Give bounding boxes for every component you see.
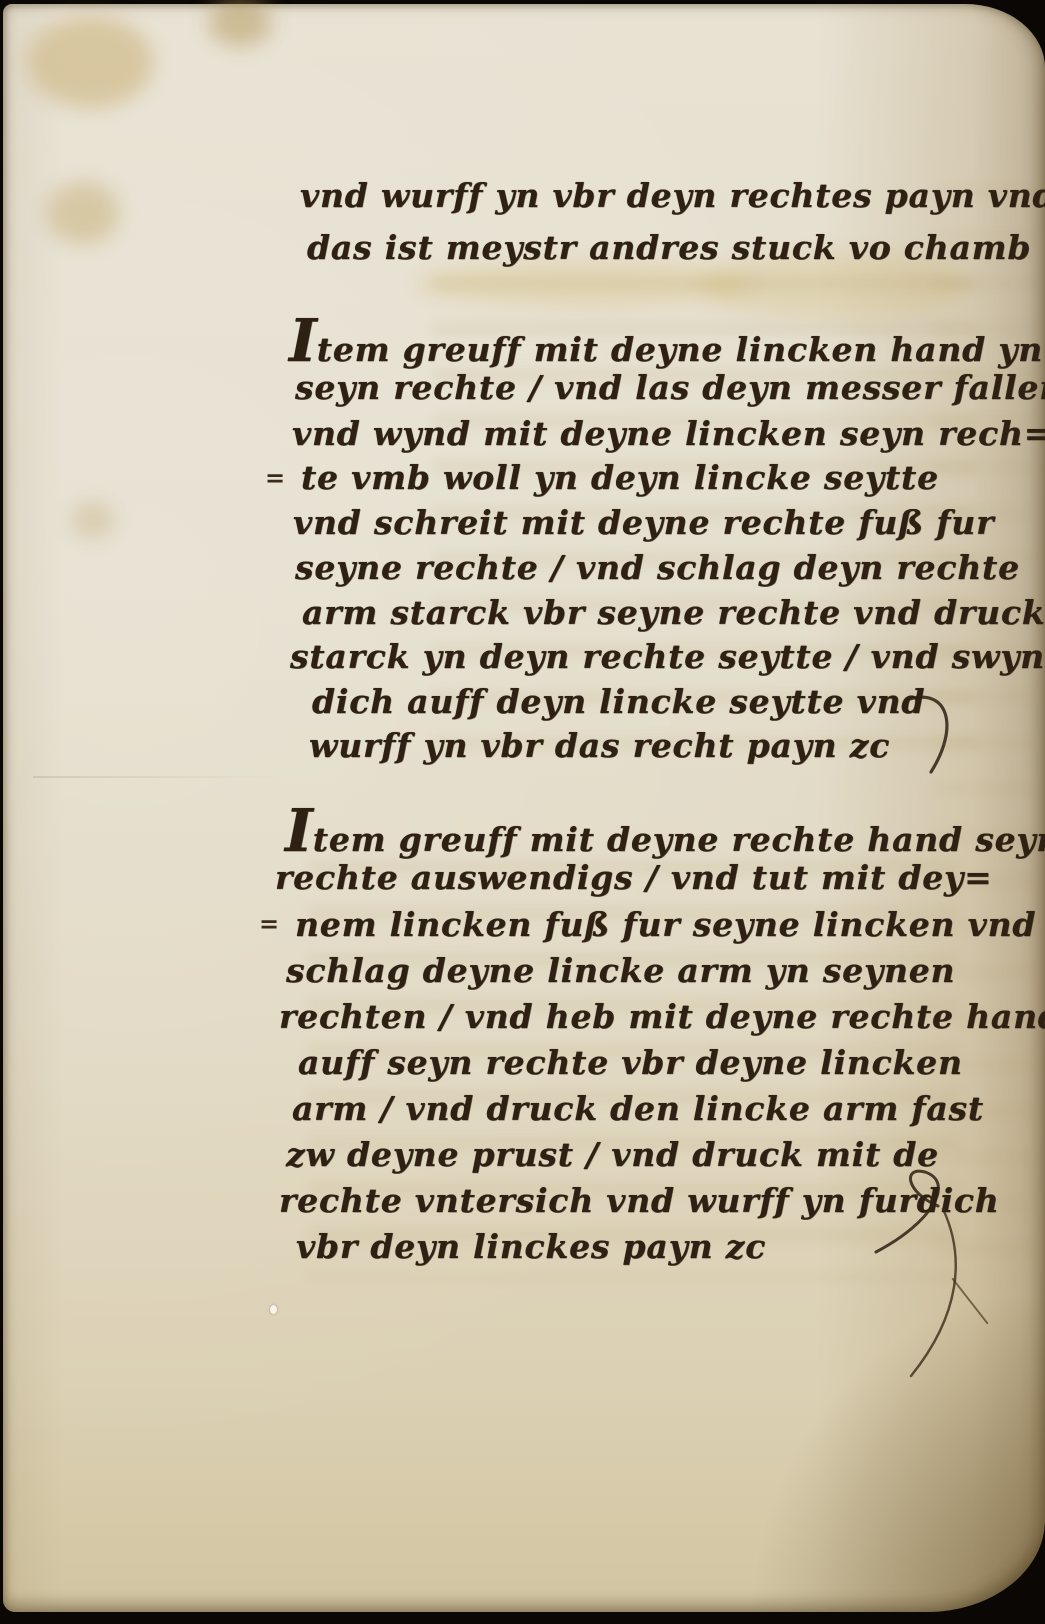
manuscript-line: vnd wynd mit deyne lincken seyn rech= — [292, 414, 1045, 454]
parchment-stain — [47, 182, 119, 244]
manuscript-line: Item greuff mit deyne rechte hand seyn — [285, 810, 1045, 860]
manuscript-line: te vmb woll yn deyn lincke seytte — [301, 458, 939, 498]
hair-scratch-mark — [951, 1278, 988, 1325]
manuscript-line: auff seyn rechte vbr deyne lincken — [298, 1043, 963, 1083]
manuscript-line: seyne rechte / vnd schlag deyn rechte — [295, 548, 1020, 588]
parchment-page: vnd wurff yn vbr deyn rechtes payn vnd d… — [3, 4, 1045, 1612]
manuscript-line: vbr deyn linckes payn zc — [296, 1227, 766, 1267]
manuscript-line: arm / vnd druck den lincke arm fast — [292, 1089, 984, 1129]
manuscript-line: vnd wurff yn vbr deyn rechtes payn vnd — [300, 176, 1045, 216]
manuscript-line: seyn rechte / vnd las deyn messer fallen — [295, 368, 1045, 408]
manuscript-line: rechte auswendigs / vnd tut mit dey= — [275, 858, 992, 898]
manuscript-line: rechte vntersich vnd wurff yn furdich — [279, 1181, 1000, 1221]
parchment-stain — [208, 0, 272, 46]
manuscript-line: nem lincken fuß fur seyne lincken vnd — [295, 905, 1036, 945]
pen-flourish-tail — [911, 1209, 956, 1376]
manuscript-line: dich auff deyn lincke seytte vnd — [312, 682, 925, 722]
parchment-stain — [415, 262, 755, 306]
manuscript-line: schlag deyne lincke arm yn seynen — [286, 951, 955, 991]
manuscript-line: rechten / vnd heb mit deyne rechte hand — [279, 997, 1045, 1037]
manuscript-line: arm starck vbr seyne rechte vnd druck — [302, 593, 1045, 633]
parchment-stain — [71, 502, 115, 538]
scan-frame: vnd wurff yn vbr deyn rechtes payn vnd d… — [0, 0, 1045, 1624]
manuscript-line: wurff yn vbr das recht payn zc — [309, 726, 890, 766]
paper-speck — [270, 1305, 277, 1314]
manuscript-line: Item greuff mit deyne lincken hand yn — [289, 320, 1043, 370]
margin-hyphen-mark: = — [259, 912, 280, 936]
parchment-stain — [28, 16, 153, 108]
manuscript-line: starck yn deyn rechte seytte / vnd swyng — [290, 637, 1045, 677]
manuscript-line: vnd schreit mit deyne rechte fuß fur — [293, 503, 994, 543]
manuscript-line: das ist meystr andres stuck vo chamb — [307, 228, 1031, 268]
parchment-crease — [33, 776, 283, 778]
manuscript-line: zw deyne prust / vnd druck mit de — [286, 1135, 939, 1175]
margin-hyphen-mark: = — [265, 466, 286, 490]
